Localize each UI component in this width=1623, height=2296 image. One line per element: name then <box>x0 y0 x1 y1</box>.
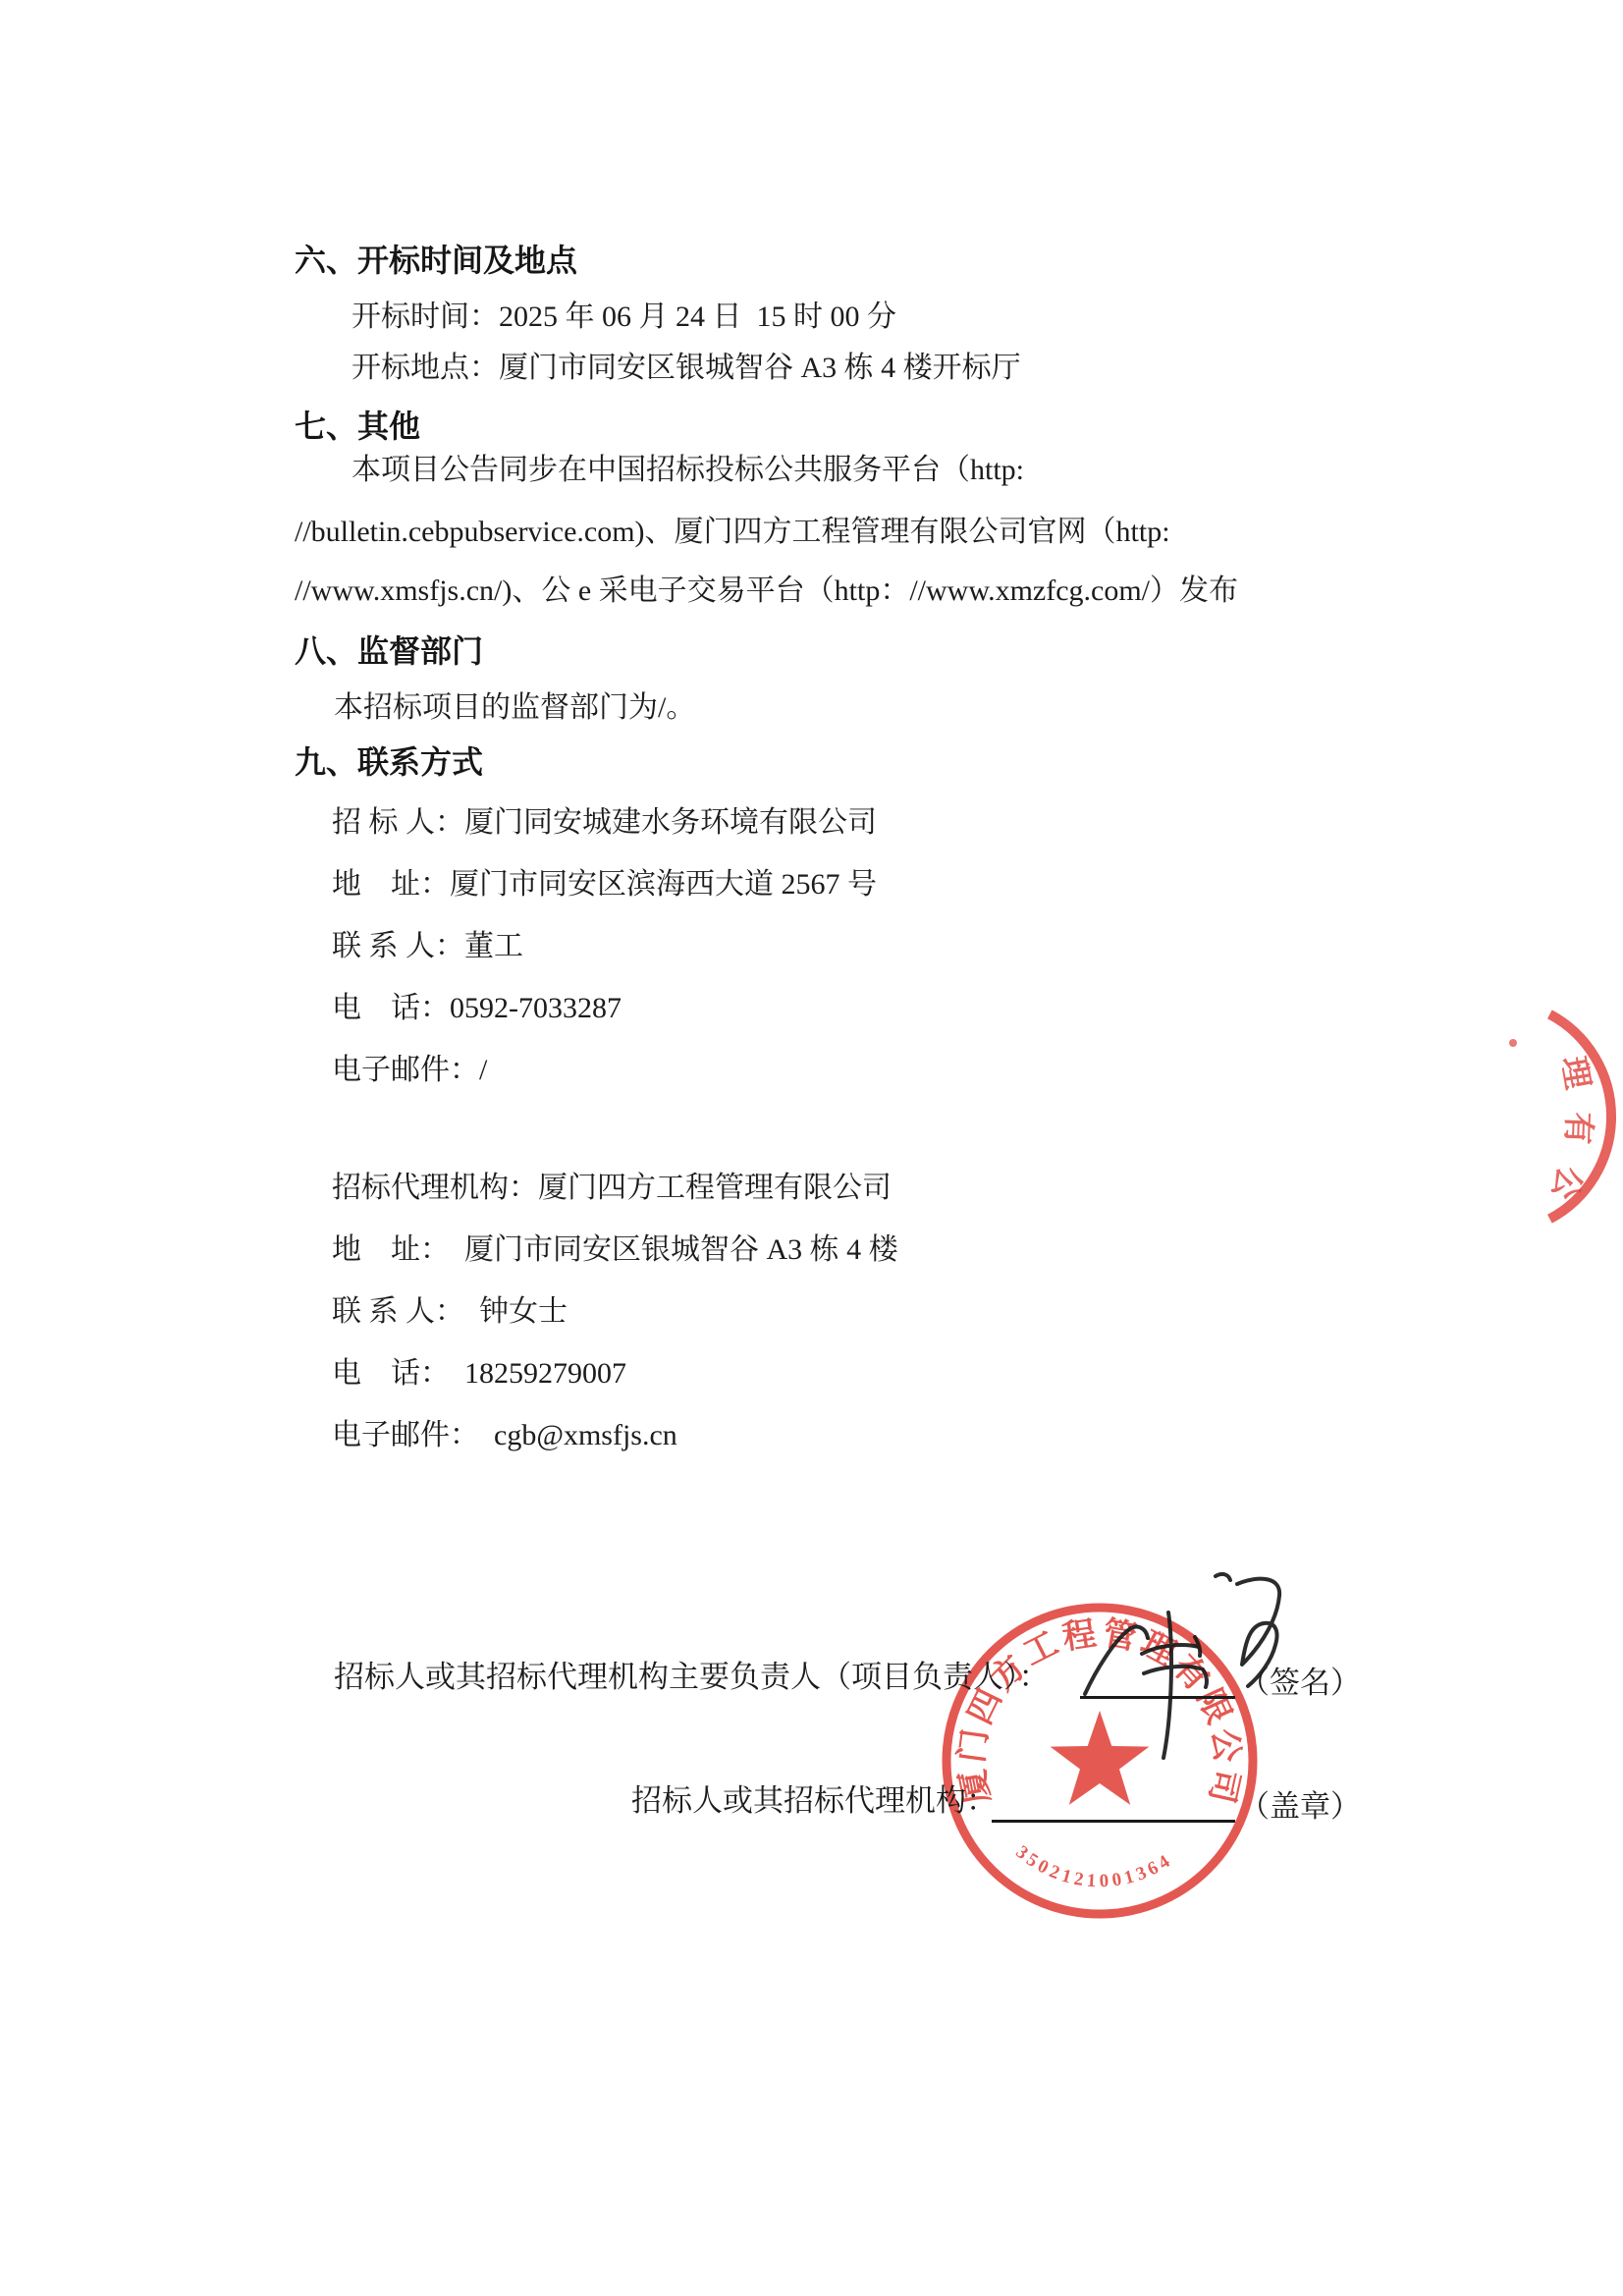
opening-place-line: 开标地点：厦门市同安区银城智谷 A3 栋 4 楼开标厅 <box>352 351 1021 386</box>
tenderer-contact-line: 联 系 人：董工 <box>332 929 523 964</box>
responsible-person-label: 招标人或其招标代理机构主要负责人（项目负责人）： <box>334 1660 1050 1695</box>
org-label: 招标人或其招标代理机构： <box>631 1783 997 1819</box>
section-heading-other: 七、其他 <box>295 408 420 445</box>
section-heading-supervision: 八、监督部门 <box>295 632 483 670</box>
agency-phone-line: 电 话： 18259279007 <box>332 1356 626 1392</box>
handwritten-signature <box>1036 1566 1350 1812</box>
opening-time-line: 开标时间：2025 年 06 月 24 日 15 时 00 分 <box>352 300 896 335</box>
tenderer-phone-line: 电 话：0592-7033287 <box>332 991 622 1026</box>
edge-seal-char-2: 有 <box>1559 1112 1596 1145</box>
agency-address-line: 地 址： 厦门市同安区银城智谷 A3 栋 4 楼 <box>332 1232 898 1268</box>
agency-name-line: 招标代理机构：厦门四方工程管理有限公司 <box>332 1171 892 1206</box>
tenderer-address-line: 地 址：厦门市同安区滨海西大道 2567 号 <box>332 867 877 902</box>
section-heading-contact: 九、联系方式 <box>295 743 483 781</box>
document-page: 六、开标时间及地点 开标时间：2025 年 06 月 24 日 15 时 00 … <box>0 0 1623 2296</box>
agency-email-line: 电子邮件： cgb@xmsfjs.cn <box>332 1418 677 1453</box>
tenderer-email-line: 电子邮件：/ <box>332 1053 487 1088</box>
tenderer-name-line: 招 标 人：厦门同安城建水务环境有限公司 <box>332 805 877 841</box>
section-heading-opening: 六、开标时间及地点 <box>295 242 577 279</box>
supervision-line: 本招标项目的监督部门为/。 <box>334 690 695 726</box>
agency-contact-line: 联 系 人： 钟女士 <box>332 1294 568 1330</box>
stamp-suffix: （盖章） <box>1239 1789 1361 1825</box>
seal-registration-number: 3502121001364 <box>1012 1842 1177 1892</box>
edge-seal-char-3: 公 <box>1544 1163 1587 1203</box>
edge-seal-char-1: 理 <box>1554 1054 1595 1092</box>
other-line-1: 本项目公告同步在中国招标投标公共服务平台（http: <box>352 453 1024 488</box>
org-stamp-blank <box>992 1820 1235 1823</box>
other-line-2: //bulletin.cebpubservice.com)、厦门四方工程管理有限… <box>295 515 1170 550</box>
edge-seal-fragment: 理 有 公 <box>1387 982 1623 1257</box>
edge-seal-dot <box>1509 1039 1517 1047</box>
other-line-3: //www.xmsfjs.cn/)、公 e 采电子交易平台（http：//www… <box>295 574 1238 609</box>
